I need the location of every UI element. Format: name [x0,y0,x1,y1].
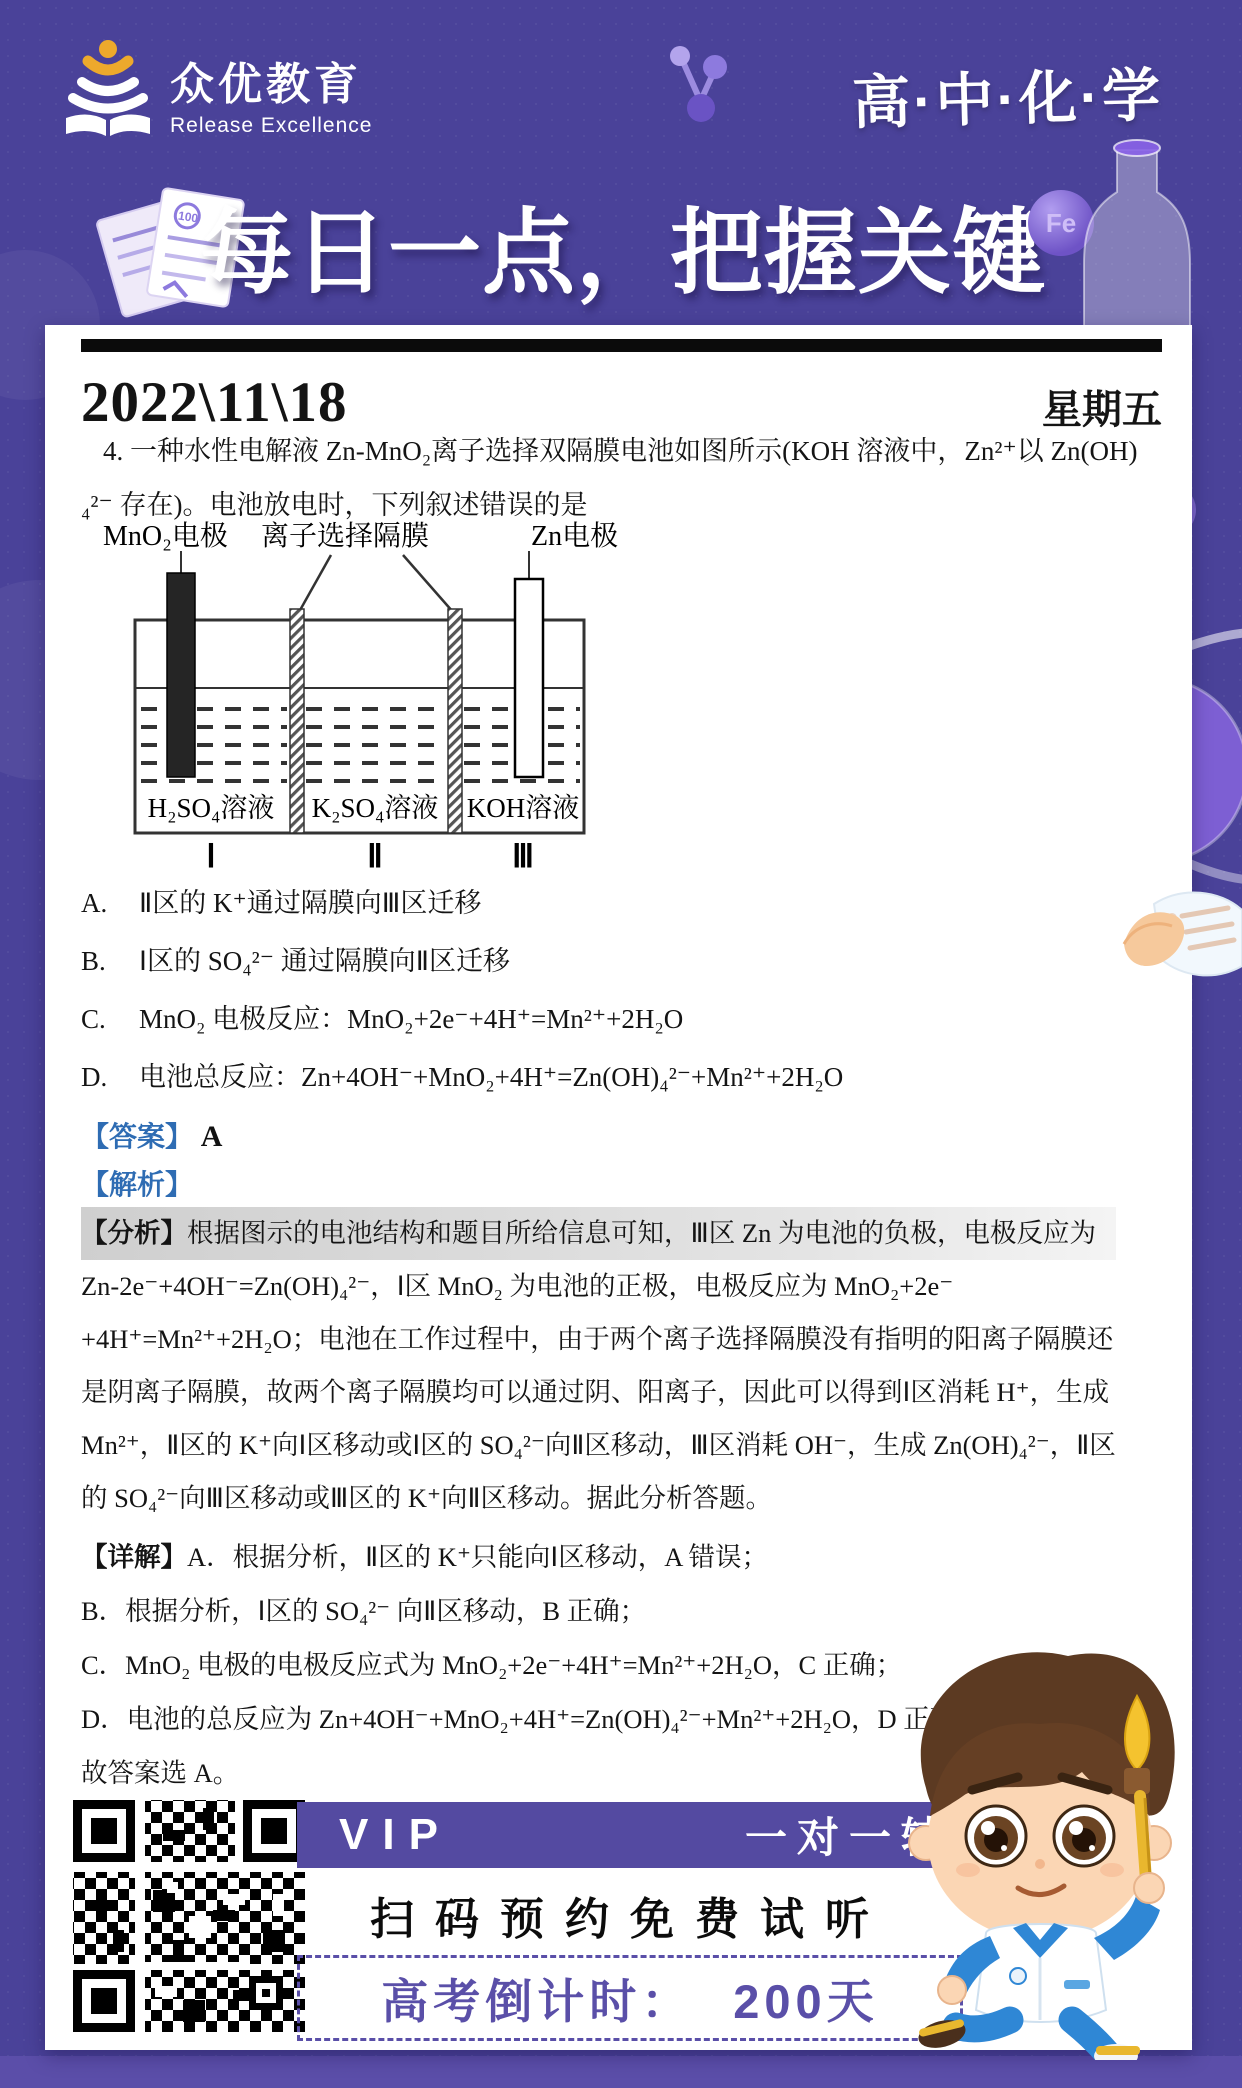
solution-2: K₂SO₄溶液 [312,793,439,823]
brand-name: 众优教育 [170,48,372,112]
banner-title: 每日一点，把握关键 [200,178,1046,312]
countdown-value: 200天 [733,1965,878,2032]
flask-icon [1062,132,1212,332]
option-a-text: Ⅱ区的 K⁺通过隔膜向Ⅲ区迁移 [139,888,481,918]
brand-logo-icon [58,38,158,142]
weekday: 星期五 [1042,378,1162,435]
option-b-key: B. [81,943,139,979]
option-c: C.MnO₂ 电极反应：MnO₂+2e⁻+4H⁺=Mn²⁺+2H₂O [81,1001,683,1037]
detail-line-3: C．MnO₂ 电极的电极反应式为 MnO₂+2e⁻+4H⁺=Mn²⁺+2H₂O，… [81,1638,983,1692]
analysis-line-6: 的 SO₄²⁻向Ⅲ区移动或Ⅲ区的 K⁺向Ⅱ区移动。据此分析答题。 [81,1472,1116,1525]
analysis-line-2: Zn-2e⁻+4OH⁻=Zn(OH)₄²⁻，Ⅰ区 MnO₂ 为电池的正极，电极反… [81,1260,1116,1313]
diagram-label-zn: Zn电极 [531,520,618,552]
brand-tagline: Release Excellence [170,114,372,138]
option-c-key: C. [81,1001,139,1037]
region-2: Ⅱ [367,838,383,873]
option-d-text: 电池总反应：Zn+4OH⁻+MnO₂+4H⁺=Zn(OH)₄²⁻+Mn²⁺+2H… [139,1062,843,1092]
detail-paragraph: 【详解】A．根据分析，Ⅱ区的 K⁺只能向Ⅰ区移动，A 错误； B．根据分析，Ⅰ区… [81,1530,983,1800]
option-d-key: D. [81,1059,139,1095]
vip-label: VIP [339,1810,452,1860]
option-a: A.Ⅱ区的 K⁺通过隔膜向Ⅲ区迁移 [81,885,481,921]
molecule-icon [660,42,740,142]
diagram-label-mno2: MnO₂电极 [103,520,228,552]
top-rule-bar [81,339,1162,352]
analysis-line-5: Mn²⁺，Ⅱ区的 K⁺向Ⅰ区移动或Ⅰ区的 SO₄²⁻向Ⅱ区移动，Ⅲ区消耗 OH⁻… [81,1419,1116,1472]
detail-line-4: D．电池的总反应为 Zn+4OH⁻+MnO₂+4H⁺=Zn(OH)₄²⁻+Mn²… [81,1692,983,1746]
analysis-paragraph: 【分析】根据图示的电池结构和题目所给信息可知，Ⅲ区 Zn 为电池的负极，电极反应… [81,1207,1116,1525]
battery-diagram: MnO₂电极 离子选择隔膜 Zn电极 [103,517,628,873]
analysis-line-1: 【分析】根据图示的电池结构和题目所给信息可知，Ⅲ区 Zn 为电池的负极，电极反应… [81,1207,1116,1260]
footer-strip [0,2056,1242,2088]
analysis-line-3: +4H⁺=Mn²⁺+2H₂O；电池在工作过程中，由于两个离子选择隔膜没有指明的阳… [81,1313,1116,1366]
brand-block: 众优教育 Release Excellence [170,48,372,138]
option-a-key: A. [81,885,139,921]
date: 2022\11\18 [81,370,348,435]
poster-page: 众优教育 Release Excellence 高·中·化·学 100 [0,0,1242,2088]
analysis-line-4: 是阴离子隔膜，故两个离子隔膜均可以通过阴、阳离子，因此可以得到Ⅰ区消耗 H⁺，生… [81,1366,1116,1419]
region-1: Ⅰ [206,838,215,873]
curled-paper-icon [1120,882,1242,994]
detail-line-1: 【详解】A．根据分析，Ⅱ区的 K⁺只能向Ⅰ区移动，A 错误； [81,1530,983,1584]
mascot [868,1628,1208,2060]
solution-3: KOH溶液 [467,793,580,823]
answer-label: 【答案】 [81,1121,193,1152]
answer-row: 【答案】 A [81,1115,222,1155]
countdown-box: 高考倒计时： 200天 [297,1955,963,2041]
solution-1: H₂SO₄溶液 [148,793,275,823]
option-c-text: MnO₂ 电极反应：MnO₂+2e⁻+4H⁺=Mn²⁺+2H₂O [139,1004,683,1034]
date-row: 2022\11\18 星期五 [81,357,1162,435]
subject-title: 高·中·化·学 [851,48,1164,140]
diagram-label-membrane: 离子选择隔膜 [261,520,429,552]
zn-electrode [515,579,543,777]
analysis-title: 【解析】 [81,1163,193,1203]
analysis-label: 【分析】 [81,1218,187,1248]
option-b-text: Ⅰ区的 SO₄²⁻ 通过隔膜向Ⅱ区迁移 [139,946,510,976]
option-d: D.电池总反应：Zn+4OH⁻+MnO₂+4H⁺=Zn(OH)₄²⁻+Mn²⁺+… [81,1059,843,1095]
scan-cta: 扫码预约免费试听 [297,1883,963,1947]
detail-line-2: B．根据分析，Ⅰ区的 SO₄²⁻ 向Ⅱ区移动，B 正确； [81,1584,983,1638]
option-b: B.Ⅰ区的 SO₄²⁻ 通过隔膜向Ⅱ区迁移 [81,943,510,979]
mno2-electrode [167,573,195,777]
region-3: Ⅲ [512,838,534,873]
qr-code [63,1790,315,2042]
answer-value: A [201,1120,223,1153]
countdown-label: 高考倒计时： [381,1965,693,2032]
question-line-1: 4. 一种水性电解液 Zn-MnO₂离子选择双隔膜电池如图所示(KOH 溶液中，… [103,433,1137,469]
detail-label: 【详解】 [81,1542,187,1572]
